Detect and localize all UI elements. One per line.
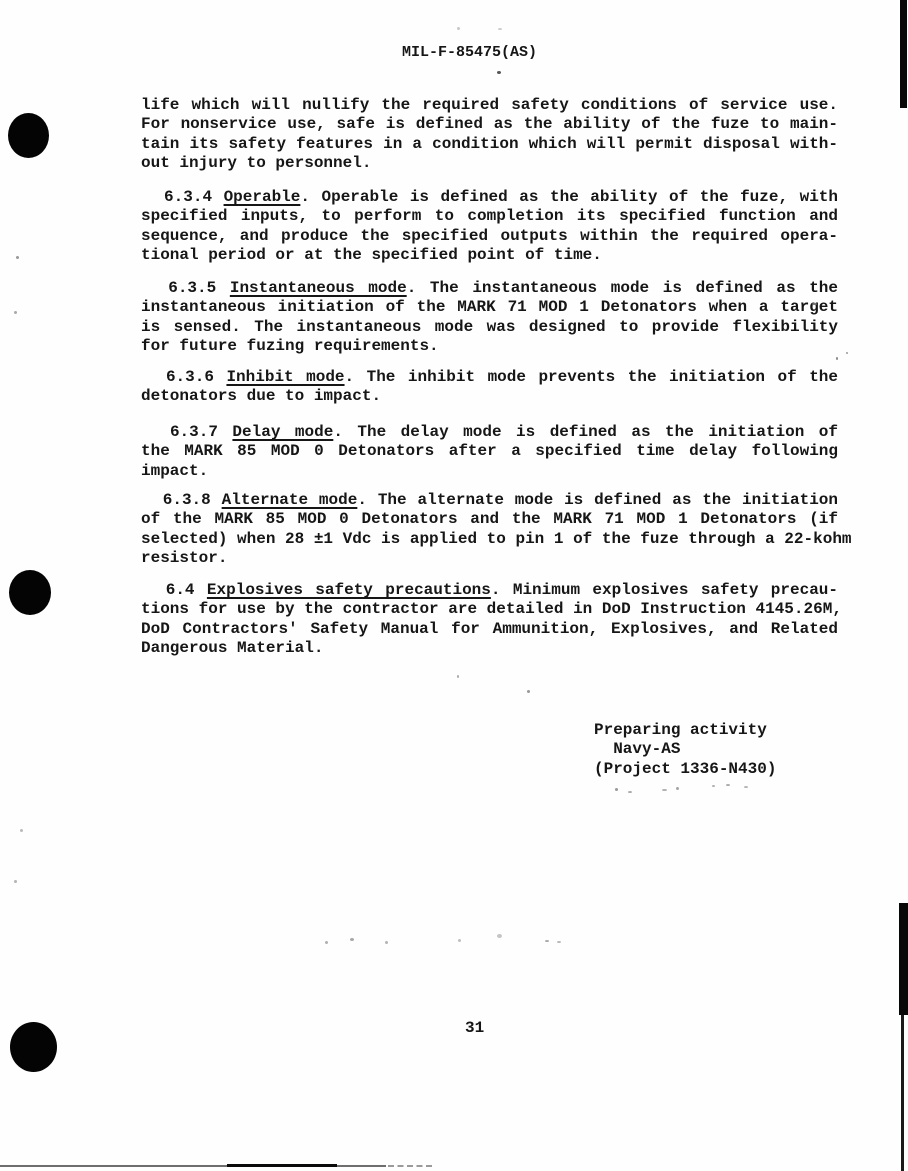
- paragraph: 6.3.7 Delay mode. The delay mode is defi…: [141, 423, 838, 481]
- noise-speck: [16, 256, 19, 259]
- paragraph: 6.3.8 Alternate mode. The alternate mode…: [141, 491, 838, 568]
- underlined-heading: Alternate mode: [222, 491, 358, 509]
- noise-speck: [497, 934, 502, 938]
- scanned-document-page: { "header": { "doc_id": "MIL-F-85475(AS)…: [0, 0, 908, 1171]
- noise-speck: [836, 357, 838, 360]
- underlined-heading: Inhibit mode: [226, 368, 344, 386]
- noise-speck: [846, 352, 848, 354]
- noise-speck: [457, 675, 459, 678]
- noise-speck: [498, 28, 502, 30]
- text-line: the MARK 85 MOD 0 Detonators after a spe…: [141, 442, 838, 461]
- noise-speck: [712, 785, 715, 787]
- preparing-activity-line: Preparing activity: [594, 721, 776, 740]
- noise-speck: [457, 27, 460, 30]
- text-line: 6.3.4 Operable. Operable is defined as t…: [141, 188, 838, 207]
- noise-speck: [615, 788, 618, 791]
- preparing-activity-project: (Project 1336-N430): [594, 760, 776, 779]
- text-line: For nonservice use, safe is defined as t…: [141, 115, 838, 134]
- scan-edge-line-bottom-dark: [227, 1164, 337, 1167]
- text-line: 6.3.6 Inhibit mode. The inhibit mode pre…: [141, 368, 838, 387]
- preparing-activity-block: Preparing activity Navy-AS (Project 1336…: [594, 721, 776, 779]
- noise-speck: [662, 789, 667, 791]
- text-line: tions for use by the contractor are deta…: [141, 600, 838, 619]
- paragraph: 6.3.5 Instantaneous mode. The instantane…: [141, 279, 838, 356]
- noise-speck: [557, 941, 561, 943]
- scan-edge-bar-top-right: [900, 0, 907, 108]
- text-line: 6.3.8 Alternate mode. The alternate mode…: [141, 491, 838, 510]
- text-line: life which will nullify the required saf…: [141, 96, 838, 115]
- noise-speck: [14, 880, 17, 883]
- page-number: 31: [465, 1019, 484, 1038]
- punch-hole-mark-bottom: [10, 1022, 57, 1072]
- noise-speck: [458, 939, 461, 942]
- noise-speck: [385, 941, 388, 944]
- noise-speck: [14, 311, 17, 314]
- underlined-heading: Operable: [224, 188, 301, 206]
- text-line: 6.4 Explosives safety precautions. Minim…: [141, 581, 838, 600]
- noise-speck: [20, 829, 23, 832]
- noise-speck: [350, 938, 354, 941]
- noise-speck: [497, 71, 501, 74]
- document-id-header: MIL-F-85475(AS): [402, 43, 537, 62]
- noise-speck: [726, 784, 730, 786]
- text-line: 6.3.7 Delay mode. The delay mode is defi…: [141, 423, 838, 442]
- text-line: is sensed. The instantaneous mode was de…: [141, 318, 838, 337]
- underlined-heading: Instantaneous mode: [230, 279, 407, 297]
- text-line: of the MARK 85 MOD 0 Detonators and the …: [141, 510, 838, 529]
- noise-speck: [744, 786, 748, 788]
- text-line: resistor.: [141, 549, 838, 568]
- text-line: selected) when 28 ±1 Vdc is applied to p…: [141, 530, 838, 549]
- text-line: specified inputs, to perform to completi…: [141, 207, 838, 226]
- underlined-heading: Explosives safety precautions: [207, 581, 491, 599]
- underlined-heading: Delay mode: [232, 423, 333, 441]
- scan-edge-bar-mid-right: [899, 903, 908, 1015]
- text-line: 6.3.5 Instantaneous mode. The instantane…: [141, 279, 838, 298]
- scan-edge-line-right: [901, 1015, 904, 1171]
- noise-speck: [676, 787, 679, 790]
- scan-edge-line-bottom-dashed: [388, 1165, 432, 1167]
- paragraph: 6.3.6 Inhibit mode. The inhibit mode pre…: [141, 368, 838, 407]
- preparing-activity-navy: Navy-AS: [594, 740, 776, 759]
- paragraph: 6.4 Explosives safety precautions. Minim…: [141, 581, 838, 658]
- noise-speck: [527, 690, 530, 693]
- text-line: DoD Contractors' Safety Manual for Ammun…: [141, 620, 838, 639]
- punch-hole-mark-middle: [9, 570, 51, 615]
- punch-hole-mark-top: [8, 113, 49, 158]
- noise-speck: [325, 941, 328, 944]
- noise-speck: [628, 791, 632, 793]
- paragraph: life which will nullify the required saf…: [141, 96, 838, 173]
- text-line: tain its safety features in a condition …: [141, 135, 838, 154]
- text-line: sequence, and produce the specified outp…: [141, 227, 838, 246]
- noise-speck: [812, 303, 817, 305]
- paragraph: 6.3.4 Operable. Operable is defined as t…: [141, 188, 838, 265]
- text-line: instantaneous initiation of the MARK 71 …: [141, 298, 838, 317]
- noise-speck: [545, 940, 549, 942]
